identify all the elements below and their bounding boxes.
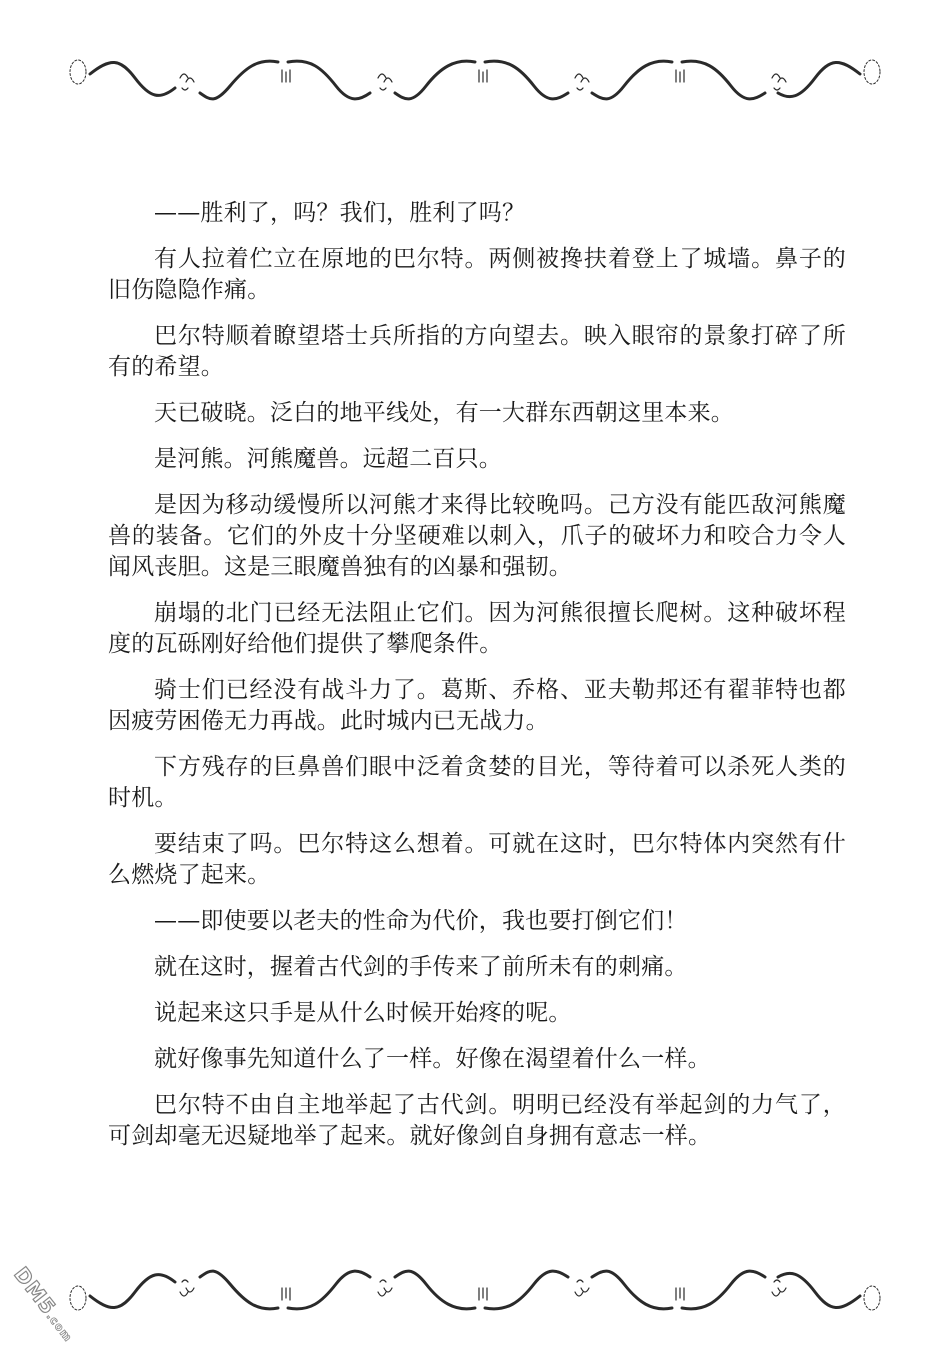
paragraph: 巴尔特不由自主地举起了古代剑。明明已经没有举起剑的力气了，可剑却毫无迟疑地举了起… <box>108 1090 846 1152</box>
page-body-text: ——胜利了，吗？我们，胜利了吗？ 有人拉着伫立在原地的巴尔特。两侧被搀扶着登上了… <box>108 198 846 1167</box>
paragraph: 是河熊。河熊魔兽。远超二百只。 <box>108 444 846 475</box>
paragraph: 是因为移动缓慢所以河熊才来得比较晚吗。己方没有能匹敌河熊魔兽的装备。它们的外皮十… <box>108 490 846 583</box>
paragraph: 崩塌的北门已经无法阻止它们。因为河熊很擅长爬树。这种破坏程度的瓦砾刚好给他们提供… <box>108 598 846 660</box>
paragraph: 要结束了吗。巴尔特这么想着。可就在这时，巴尔特体内突然有什么燃烧了起来。 <box>108 829 846 891</box>
paragraph: ——胜利了，吗？我们，胜利了吗？ <box>108 198 846 229</box>
paragraph: 说起来这只手是从什么时候开始疼的呢。 <box>108 998 846 1029</box>
paragraph: 有人拉着伫立在原地的巴尔特。两侧被搀扶着登上了城墙。鼻子的旧伤隐隐作痛。 <box>108 244 846 306</box>
paragraph: 下方残存的巨鼻兽们眼中泛着贪婪的目光，等待着可以杀死人类的时机。 <box>108 752 846 814</box>
paragraph: 就好像事先知道什么了一样。好像在渴望着什么一样。 <box>108 1044 846 1075</box>
dm5-watermark: DM5.com <box>10 1262 70 1352</box>
paragraph: 就在这时，握着古代剑的手传来了前所未有的刺痛。 <box>108 952 846 983</box>
watermark-suffix: .com <box>44 1310 75 1345</box>
paragraph: 骑士们已经没有战斗力了。葛斯、乔格、亚夫勒邦还有翟菲特也都因疲劳困倦无力再战。此… <box>108 675 846 737</box>
bottom-ornamental-border-icon <box>60 1262 890 1322</box>
paragraph: 天已破晓。泛白的地平线处，有一大群东西朝这里本来。 <box>108 398 846 429</box>
paragraph: ——即使要以老夫的性命为代价，我也要打倒它们！ <box>108 906 846 937</box>
top-ornamental-border-icon <box>60 48 890 108</box>
paragraph: 巴尔特顺着瞭望塔士兵所指的方向望去。映入眼帘的景象打碎了所有的希望。 <box>108 321 846 383</box>
